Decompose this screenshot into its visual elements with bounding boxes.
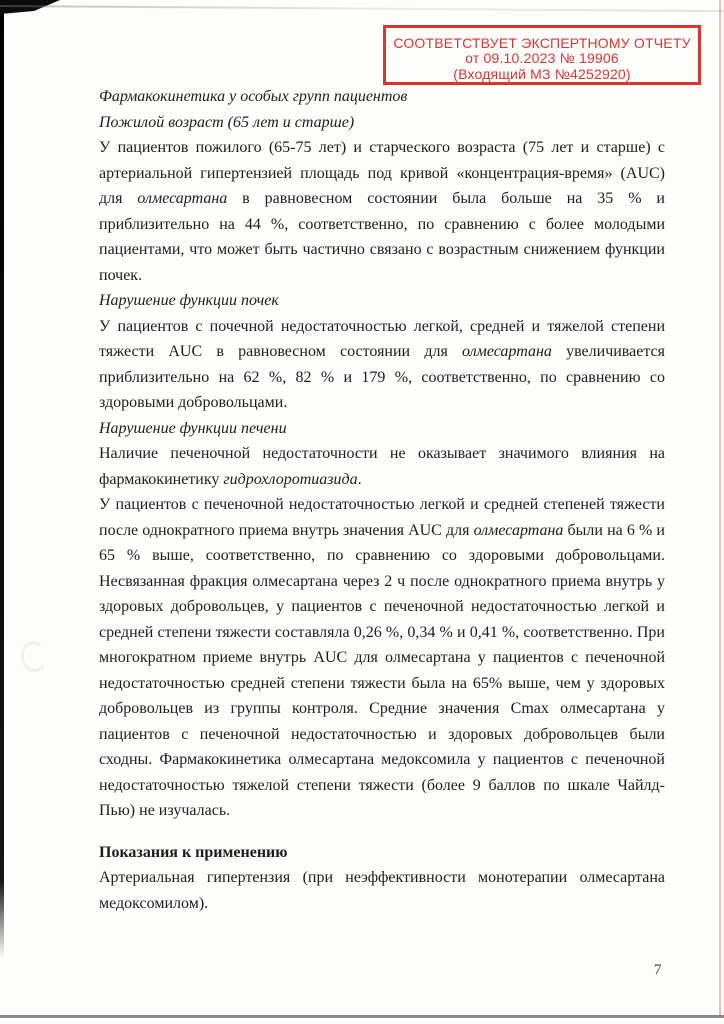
stamp-incoming-number: (Входящий МЗ №4252920): [386, 67, 698, 82]
scan-artifact-top-streak: [0, 5, 724, 12]
paragraph-indications-run-1: Артериальная гипертензия (при неэффектив…: [99, 869, 665, 912]
paragraph-hepatic-1: Наличие печеночной недостаточности не ок…: [99, 441, 665, 492]
heading-indications: Показания к применению: [99, 840, 665, 866]
stamp-title: СООТВЕТСТВУЕТ ЭКСПЕРТНОМУ ОТЧЕТУ: [386, 36, 698, 51]
paragraph-hepatic-1-run-2: гидрохлоротиазида: [223, 471, 357, 488]
paragraph-hepatic-1-run-3: .: [358, 471, 362, 488]
approval-stamp: СООТВЕТСТВУЕТ ЭКСПЕРТНОМУ ОТЧЕТУ от 09.1…: [383, 25, 701, 85]
scan-artifact-right-pink-line: [719, 0, 721, 1015]
paragraph-elderly: У пациентов пожилого (65-75 лет) и старч…: [99, 135, 665, 288]
heading-pharmacokinetics-special-groups: Фармакокинетика у особых групп пациентов: [99, 84, 665, 110]
document-body: Фармакокинетика у особых групп пациентов…: [99, 84, 665, 916]
paragraph-hepatic-2-run-3: были на 6 % и 65 % выше, соответственно,…: [99, 522, 665, 820]
heading-hepatic-impairment: Нарушение функции печени: [99, 416, 665, 442]
heading-renal-impairment: Нарушение функции почек: [99, 288, 665, 314]
paragraph-renal-run-2: олмесартана: [462, 343, 552, 360]
scan-artifact-faint-mark: [19, 639, 50, 674]
paragraph-renal: У пациентов с почечной недостаточностью …: [99, 314, 665, 416]
scanned-document-page: СООТВЕТСТВУЕТ ЭКСПЕРТНОМУ ОТЧЕТУ от 09.1…: [0, 0, 724, 1024]
paragraph-indications: Артериальная гипертензия (при неэффектив…: [99, 865, 665, 916]
paragraph-hepatic-2: У пациентов с печеночной недостаточность…: [99, 492, 665, 824]
scan-artifact-bottom-line: [0, 1015, 724, 1018]
stamp-date-number: от 09.10.2023 № 19906: [386, 51, 698, 66]
paragraph-hepatic-2-run-2: олмесартана: [474, 522, 564, 539]
heading-elderly-age: Пожилой возраст (65 лет и старше): [99, 110, 665, 136]
scan-artifact-left-edge: [0, 0, 4, 978]
page-number: 7: [654, 962, 662, 979]
paragraph-hepatic-1-run-1: Наличие печеночной недостаточности не ок…: [99, 445, 665, 488]
paragraph-elderly-run-2: олмесартана: [137, 190, 227, 207]
